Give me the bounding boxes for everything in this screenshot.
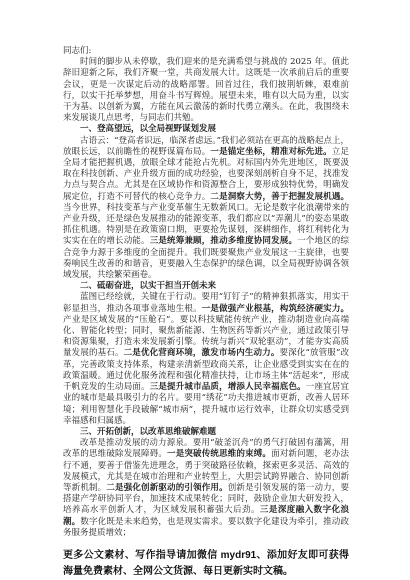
promo-footer-text: 更多公文素材、写作指导请加微信 mydr91、添加好友即可获得海量免费素材、全网… [63,548,349,580]
bold-text-run: 一、登高望远，以全局视野谋划发展 [80,124,216,134]
section-heading: 二、砥砺奋进，以实干担当开创未来 [63,281,349,292]
document-body: 同志们: 时间的脚步从未停歇，我们迎来的是充满希望与挑战的 2025 年。值此辞… [63,46,349,580]
bold-text-run: 一是突破传统思维的束缚。 [167,449,271,459]
bold-text-run: 二是优化营商环境，激发市场内生动力。 [124,348,280,358]
text-run: 时间的脚步从未停歇，我们迎来的是充满希望与挑战的 2025 年。值此辞旧迎新之际… [63,57,349,123]
bold-text-run: 一是锚定坐标，精准对标先进。 [210,147,331,157]
paragraph: 蓝图已经绘就，关键在于行动。要用“钉钉子”的精神狠抓落实，用实干彰显担当，推动各… [63,292,349,426]
paragraph: 古语云：“登高者识远，临深者虑远。”我们必须站在更高的战略起点上，放眼长远，以前… [63,136,349,282]
salutation: 同志们: [63,46,349,57]
section-heading: 三、开拓创新，以改革思维破解难题 [63,427,349,438]
document-blocks: 时间的脚步从未停歇，我们迎来的是充满希望与挑战的 2025 年。值此辞旧迎新之际… [63,57,349,539]
paragraph: 时间的脚步从未停歇，我们迎来的是充满希望与挑战的 2025 年。值此辞旧迎新之际… [63,57,349,124]
bold-text-run: 一是做强产业根基，构筑经济硬实力。 [202,304,349,314]
section-heading: 一、登高望远，以全局视野谋划发展 [63,124,349,135]
bold-text-run: 三是统筹兼顾，推动多维度协同发展。 [150,236,297,246]
paragraph: 改革是推动发展的动力源泉。要用“破釜沉舟”的勇气打破固有藩篱，用改革的思维破除发… [63,438,349,539]
bold-text-run: 三、开拓创新，以改革思维破解难题 [80,427,216,437]
bold-text-run: 二是强化创新驱动的引领作用。 [106,483,227,493]
bold-text-run: 二、砥砺奋进，以实干担当开创未来 [80,281,216,291]
document-page: 同志们: 时间的脚步从未停歇，我们迎来的是充满希望与挑战的 2025 年。值此辞… [0,0,410,580]
text-run: 数字化既是未来趋势，也是现实需求。要以数字化建设为牵引，推动政务服务提质增效； [63,517,349,538]
bold-text-run: 三是提升城市品质，增添人民幸福底色。 [150,382,306,392]
bold-text-run: 二是洞察大势，善于把握发展机遇。 [210,192,349,202]
